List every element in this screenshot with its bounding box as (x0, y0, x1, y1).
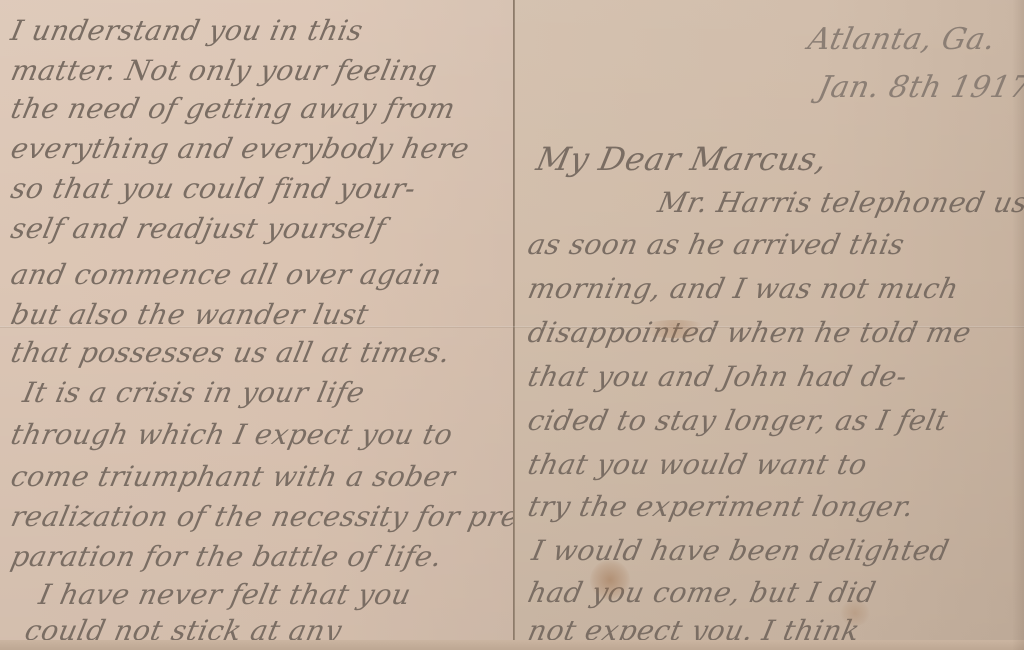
letter-place: Atlanta, Ga. (805, 22, 999, 57)
left-line-9: that possesses us all at times. (8, 336, 454, 369)
right-line-2: as soon as he arrived this (525, 228, 908, 261)
right-line-7: that you would want to (525, 448, 870, 481)
left-line-3: the need of getting away from (8, 92, 458, 125)
left-line-7: and commence all over again (8, 258, 445, 291)
paper-bottom-edge (0, 640, 1024, 650)
paper-right-shadow (1012, 0, 1024, 650)
left-line-4: everything and everybody here (8, 132, 472, 165)
right-line-10: had you come, but I did (525, 576, 879, 609)
salutation: My Dear Marcus, (533, 140, 831, 178)
stain-spot (590, 560, 630, 600)
right-line-6: cided to stay longer, as I felt (525, 404, 951, 437)
right-line-4: disappointed when he told me (525, 316, 974, 349)
left-line-10: It is a crisis in your life (20, 376, 368, 409)
left-line-1: I understand you in this (8, 14, 366, 47)
left-line-12: come triumphant with a sober (8, 460, 458, 493)
left-line-2: matter. Not only your feeling (8, 54, 440, 87)
letter-photograph: I understand you in this matter. Not onl… (0, 0, 1024, 650)
left-line-6: self and readjust yourself (8, 212, 389, 245)
right-line-5: that you and John had de- (525, 360, 910, 393)
left-line-11: through which I expect you to (8, 418, 456, 451)
stain-spot (640, 320, 710, 338)
letter-date: Jan. 8th 1917. (815, 70, 1024, 105)
right-line-1: Mr. Harris telephoned us (655, 186, 1024, 219)
left-line-5: so that you could find your- (8, 172, 419, 205)
right-line-8: try the experiment longer. (525, 490, 917, 523)
right-page: Atlanta, Ga. Jan. 8th 1917. My Dear Marc… (514, 0, 1024, 650)
left-page: I understand you in this matter. Not onl… (0, 0, 513, 650)
stain-spot (840, 600, 870, 626)
left-line-13: realization of the necessity for pre- (8, 500, 532, 533)
right-line-3: morning, and I was not much (525, 272, 962, 305)
paper-fold-crease (0, 326, 1024, 328)
right-line-9: I would have been delighted (529, 534, 952, 567)
left-line-15: I have never felt that you (36, 578, 414, 611)
left-line-14: paration for the battle of life. (8, 540, 445, 573)
